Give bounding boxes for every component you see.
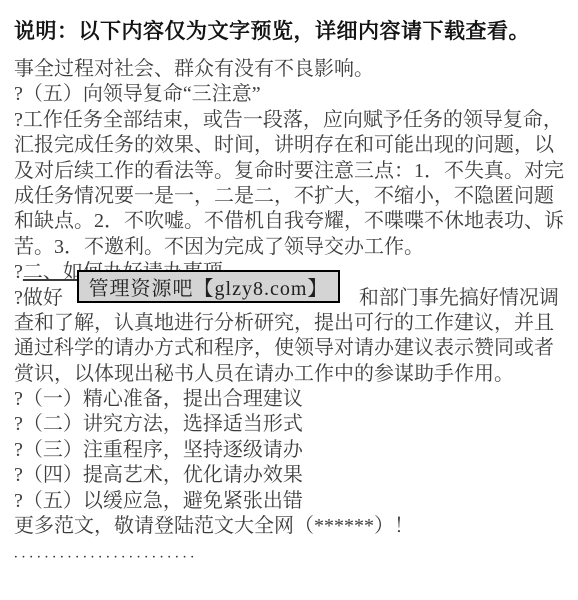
covered-line-end: 和部门事先搞好情况调 xyxy=(359,287,559,309)
text-line: ?（五）向领导复命“三注意” xyxy=(14,82,574,107)
text-line: 苦。3．不邀利。不因为完成了领导交办工作。 xyxy=(14,235,574,260)
text-line: 和缺点。2．不吹嘘。不借机自我夸耀，不喋喋不休地表功、诉 xyxy=(14,209,574,234)
footer-note: 更多范文，敬请登陆范文大全网（******）！ xyxy=(14,514,574,539)
text-line: 赏识，以体现出秘书人员在请办工作中的参谋助手作用。 xyxy=(14,362,574,387)
dots-separator: ························ xyxy=(14,539,574,564)
text-line: 查和了解，认真地进行分析研究，提出可行的工作建议，并且 xyxy=(14,311,574,336)
text-line: 及对后续工作的看法等。复命时要注意三点：1．不失真。对完 xyxy=(14,159,574,184)
watermark-badge[interactable]: 管理资源吧【glzy8.com】 xyxy=(77,270,340,303)
heading-prefix: ? xyxy=(14,261,23,283)
document-body: 事全过程对社会、群众有没有不良影响。 ?（五）向领导复命“三注意” ?工作任务全… xyxy=(14,57,574,565)
text-line: 通过科学的请办方式和程序，使领导对请办建议表示赞同或者 xyxy=(14,336,574,361)
list-item: ?（四）提高艺术，优化请办效果 xyxy=(14,463,574,488)
preview-notice: 说明：以下内容仅为文字预览，详细内容请下载查看。 xyxy=(14,15,530,45)
list-item: ?（二）讲究方法，选择适当形式 xyxy=(14,412,574,437)
list-item: ?（一）精心准备，提出合理建议 xyxy=(14,387,574,412)
document-preview-page: 说明：以下内容仅为文字预览，详细内容请下载查看。 事全过程对社会、群众有没有不良… xyxy=(0,0,578,600)
text-line: 事全过程对社会、群众有没有不良影响。 xyxy=(14,57,574,82)
text-line: 汇报完成任务的效果、时间，讲明存在和可能出现的问题，以 xyxy=(14,133,574,158)
text-line: ?工作任务全部结束，或告一段落，应向赋予任务的领导复命， xyxy=(14,108,574,133)
list-item: ?（三）注重程序，坚持逐级请办 xyxy=(14,438,574,463)
text-line: 成任务情况要一是一，二是二，不扩大，不缩小，不隐匿问题 xyxy=(14,184,574,209)
list-item: ?（五）以缓应急，避免紧张出错 xyxy=(14,489,574,514)
covered-line-start: ?做好 xyxy=(14,287,63,309)
